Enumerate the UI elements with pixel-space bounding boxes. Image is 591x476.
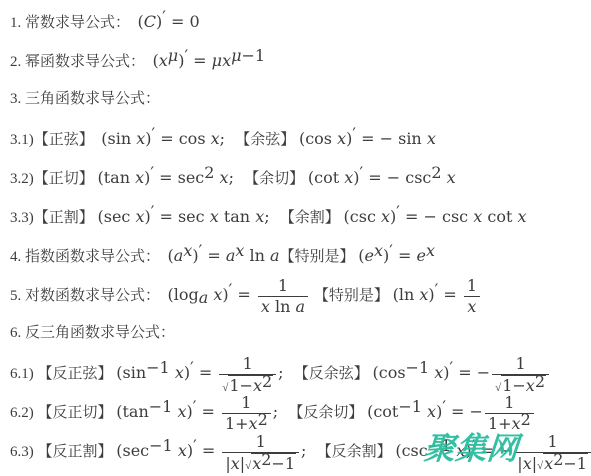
math-text: 1 xyxy=(278,276,288,295)
fraction-numerator: 1 xyxy=(258,276,308,296)
formula-line-secant-cosecant-rule: 3.3)【正割】 (sec x)′ = sec x tan x; 【余割】 (c… xyxy=(10,197,591,236)
math-text: ′ xyxy=(151,202,155,221)
superscript: −1 xyxy=(406,366,430,376)
fraction-denominator: x xyxy=(464,296,480,317)
math-text: = cos xyxy=(155,129,210,148)
fraction-denominator: x ln a xyxy=(258,296,308,317)
math-text: (cos xyxy=(299,129,337,148)
math-text: = sec xyxy=(154,168,204,187)
math-text: −1 xyxy=(406,358,430,377)
math-text: ln xyxy=(270,297,296,316)
math-text: x xyxy=(135,168,144,187)
label-text: 【反余切】 xyxy=(288,405,367,421)
superscript: ′ xyxy=(190,366,194,376)
math-text: x xyxy=(447,168,456,187)
math-text: a xyxy=(174,246,184,265)
fraction: 11+x2 xyxy=(222,393,271,434)
math-text: = xyxy=(232,285,256,304)
math-text: a xyxy=(296,297,306,316)
fraction: 1|x|√x2−1 xyxy=(514,432,591,474)
math-text: 2 xyxy=(521,410,531,429)
label-text: 【特别是】 xyxy=(280,249,359,265)
superscript: ′ xyxy=(184,54,188,64)
derivative-formula-document: 1. 常数求导公式： (C)′ = 02. 幂函数求导公式： (xμ)′ = μ… xyxy=(0,0,591,476)
label-text: 3.3)【正割】 xyxy=(10,210,98,226)
superscript: μ−1 xyxy=(231,54,265,64)
superscript: −1 xyxy=(398,405,422,415)
superscript: −1 xyxy=(146,366,170,376)
math-text: μ xyxy=(231,46,241,65)
math-text: −1 xyxy=(149,397,173,416)
superscript: ′ xyxy=(193,405,197,415)
math-text: ′ xyxy=(193,436,197,455)
superscript: 2 xyxy=(553,460,563,467)
math-text: e xyxy=(365,246,374,265)
math-text: a xyxy=(199,288,209,307)
superscript: ′ xyxy=(151,210,155,220)
math-text: 2 xyxy=(262,372,272,391)
math-text: x xyxy=(337,129,346,148)
fraction: 1√1−x2 xyxy=(492,354,549,396)
formula-lines: 1. 常数求导公式： (C)′ = 02. 幂函数求导公式： (xμ)′ = μ… xyxy=(10,2,591,470)
math-text: ln xyxy=(244,246,270,265)
math-text: ′ xyxy=(193,397,197,416)
label-text: 5. 对数函数求导公式： xyxy=(10,288,168,304)
math-text: 2 xyxy=(535,372,545,391)
math-text: C xyxy=(144,12,156,31)
math-text: ′ xyxy=(184,46,188,65)
math-text: ; xyxy=(273,402,289,421)
math-text: (cot xyxy=(308,168,344,187)
math-text: x xyxy=(473,207,482,226)
formula-line-inverse-trig-header: 6. 反三角函数求导公式： xyxy=(10,314,591,353)
math-text: (tan xyxy=(116,402,149,421)
math-text: ; xyxy=(278,363,294,382)
math-text: x xyxy=(252,454,261,473)
math-text: 1 xyxy=(256,432,266,451)
math-text: = xyxy=(393,246,417,265)
superscript: ′ xyxy=(396,210,400,220)
label-text: 3.2)【正切】 xyxy=(10,171,98,187)
math-text: ′ xyxy=(199,241,203,260)
fraction: 1x xyxy=(464,276,480,317)
fraction-numerator: 1 xyxy=(492,354,549,374)
radicand: x2−1 xyxy=(251,453,296,474)
radicand: x2−1 xyxy=(543,453,588,474)
label-text: 6.2) 【反正切】 xyxy=(10,405,116,421)
superscript: ′ xyxy=(442,405,446,415)
math-text: x xyxy=(427,129,436,148)
formula-line-tangent-cotangent-rule: 3.2)【正切】 (tan x)′ = sec2 x; 【余切】 (cot x)… xyxy=(10,158,591,197)
label-text: 【反余割】 xyxy=(317,444,396,460)
math-text: = − csc xyxy=(400,207,473,226)
math-text: 2 xyxy=(431,163,441,182)
math-text: x xyxy=(523,454,532,473)
superscript: ′ xyxy=(435,288,439,298)
math-text: (sec xyxy=(116,441,149,460)
math-text: (tan xyxy=(98,168,136,187)
math-text: x xyxy=(426,241,435,260)
math-text: x xyxy=(220,168,229,187)
formula-line-logarithm-rule: 5. 对数函数求导公式： (loga x)′ = 1x ln a 【特别是】 (… xyxy=(10,275,591,314)
superscript: ′ xyxy=(352,132,356,142)
square-root: √x2−1 xyxy=(245,453,296,474)
math-text: x xyxy=(517,207,526,226)
math-text: e xyxy=(417,246,426,265)
label-text: 3.1)【正弦】 xyxy=(10,132,101,148)
superscript: ′ xyxy=(162,15,166,25)
label-text: 4. 指数函数求导公式： xyxy=(10,249,168,265)
math-text: μx xyxy=(212,51,231,70)
superscript: −1 xyxy=(149,405,173,415)
formula-line-arcsine-arccosine-rule: 6.1) 【反正弦】 (sin−1 x)′ = 1√1−x2; 【反余弦】 (c… xyxy=(10,353,591,392)
math-text: = − sin xyxy=(356,129,427,148)
fraction-numerator: 1 xyxy=(464,276,480,296)
math-text: = − xyxy=(453,363,490,382)
superscript: x xyxy=(426,249,435,259)
math-text: x xyxy=(135,207,144,226)
math-text: (ln xyxy=(393,285,420,304)
math-text: ′ xyxy=(442,397,446,416)
superscript: ′ xyxy=(199,249,203,259)
math-text: (sin xyxy=(101,129,136,148)
math-text: (sin xyxy=(116,363,146,382)
math-text: x xyxy=(427,402,436,421)
math-text: ′ xyxy=(352,124,356,143)
math-text: x xyxy=(178,441,187,460)
math-text: ′ xyxy=(190,358,194,377)
math-text: x xyxy=(381,207,390,226)
math-text: = − csc xyxy=(363,168,431,187)
superscript: ′ xyxy=(389,249,393,259)
math-text: 1 xyxy=(548,432,558,451)
math-text: x xyxy=(467,297,476,316)
fraction-denominator: |x|√x2−1 xyxy=(514,452,591,474)
math-text: ′ xyxy=(396,202,400,221)
math-text: ′ xyxy=(162,7,166,26)
superscript: x xyxy=(183,249,192,259)
math-text: ′ xyxy=(389,241,393,260)
subscript: a xyxy=(199,296,209,306)
superscript: ′ xyxy=(360,171,364,181)
math-text: 2 xyxy=(204,163,214,182)
formula-line-arctangent-arccotangent-rule: 6.2) 【反正切】 (tan−1 x)′ = 11+x2; 【反余切】 (co… xyxy=(10,392,591,431)
formula-line-power-rule: 2. 幂函数求导公式： (xμ)′ = μxμ−1 xyxy=(10,41,591,80)
math-text: = xyxy=(202,246,226,265)
label-text: 【余切】 xyxy=(244,171,308,187)
superscript: ′ xyxy=(150,171,154,181)
math-text: 1 xyxy=(515,354,525,373)
math-text: x xyxy=(544,454,553,473)
math-text: ; xyxy=(264,207,280,226)
label-text: 3. 三角函数求导公式： xyxy=(10,91,160,107)
label-text: 【反余弦】 xyxy=(294,366,373,382)
math-text: x xyxy=(231,454,240,473)
math-text: 1 xyxy=(241,393,251,412)
math-text: x xyxy=(175,363,184,382)
math-text: ′ xyxy=(360,163,364,182)
math-text: ′ xyxy=(450,358,454,377)
math-text: −1 xyxy=(398,397,422,416)
label-text: 1. 常数求导公式： xyxy=(10,15,138,31)
math-text: ; xyxy=(220,129,236,148)
math-text: x xyxy=(211,129,220,148)
label-text: 【余弦】 xyxy=(235,132,299,148)
fraction: 1|x|√x2−1 xyxy=(222,432,299,474)
math-text: = xyxy=(197,441,221,460)
superscript: 2 xyxy=(204,171,214,181)
formula-line-trig-header: 3. 三角函数求导公式： xyxy=(10,80,591,119)
superscript: ′ xyxy=(152,132,156,142)
superscript: ′ xyxy=(193,444,197,454)
math-text: 2 xyxy=(261,450,271,469)
math-text: ; xyxy=(301,441,317,460)
superscript: −1 xyxy=(149,444,173,454)
superscript: 2 xyxy=(262,382,272,389)
math-text: ′ xyxy=(229,280,233,299)
label-text: 【特别是】 xyxy=(310,288,393,304)
math-text: x xyxy=(136,129,145,148)
math-text: ′ xyxy=(435,280,439,299)
math-text: 1 xyxy=(467,276,477,295)
math-text: cot xyxy=(482,207,517,226)
fraction: 1x ln a xyxy=(258,276,308,317)
fraction-numerator: 1 xyxy=(514,432,591,452)
superscript: 2 xyxy=(521,420,531,427)
math-text: 1 xyxy=(504,393,514,412)
label-text: 6. 反三角函数求导公式： xyxy=(10,325,175,341)
math-text: = sec xyxy=(154,207,209,226)
superscript: x xyxy=(235,249,244,259)
math-text: ′ xyxy=(150,163,154,182)
superscript: 2 xyxy=(431,171,441,181)
superscript: ′ xyxy=(450,366,454,376)
math-text: x xyxy=(344,168,353,187)
label-text: 6.1) 【反正弦】 xyxy=(10,366,116,382)
math-text: −1 xyxy=(149,436,173,455)
math-text: = xyxy=(194,363,218,382)
math-text: x xyxy=(374,241,383,260)
fraction: 1√1−x2 xyxy=(219,354,276,396)
math-text: a xyxy=(270,246,280,265)
formula-line-sine-cosine-rule: 3.1)【正弦】 (sin x)′ = cos x; 【余弦】 (cos x)′… xyxy=(10,119,591,158)
math-text: tan xyxy=(219,207,255,226)
fraction: 11+x2 xyxy=(485,393,534,434)
math-text: x xyxy=(210,207,219,226)
superscript: ′ xyxy=(229,288,233,298)
site-watermark: 聚集网 xyxy=(423,433,520,464)
math-text: μ xyxy=(168,46,178,65)
math-text: (cot xyxy=(367,402,398,421)
math-text: = xyxy=(188,51,212,70)
math-text: = − xyxy=(446,402,483,421)
math-text: (csc xyxy=(344,207,381,226)
superscript: 2 xyxy=(261,460,271,467)
fraction-denominator: |x|√x2−1 xyxy=(222,452,299,474)
label-text: 6.3) 【反正割】 xyxy=(10,444,116,460)
formula-line-exponential-rule: 4. 指数函数求导公式： (ax)′ = ax ln a【特别是】 (ex)′ … xyxy=(10,236,591,275)
math-text: (sec xyxy=(98,207,136,226)
math-text: = xyxy=(438,285,462,304)
math-text: a xyxy=(226,246,236,265)
math-text: 1 xyxy=(243,354,253,373)
math-text: (cos xyxy=(373,363,406,382)
superscript: x xyxy=(374,249,383,259)
square-root: √x2−1 xyxy=(537,453,588,474)
math-text: = 0 xyxy=(166,12,200,31)
math-text: x xyxy=(261,297,270,316)
formula-line-constant-rule: 1. 常数求导公式： (C)′ = 0 xyxy=(10,2,591,41)
superscript: 2 xyxy=(535,382,545,389)
math-text: x xyxy=(419,285,428,304)
math-text: x xyxy=(255,207,264,226)
fraction-numerator: 1 xyxy=(219,354,276,374)
math-text: (log xyxy=(168,285,199,304)
math-text: 2 xyxy=(553,450,563,469)
math-text: −1 xyxy=(146,358,170,377)
math-text: x xyxy=(235,241,244,260)
math-text: = xyxy=(196,402,220,421)
math-text: 2 xyxy=(258,410,268,429)
math-text: −1 xyxy=(242,46,266,65)
math-text: −1 xyxy=(563,454,587,473)
math-text: ′ xyxy=(152,124,156,143)
math-text: x xyxy=(183,241,192,260)
math-text: x xyxy=(434,363,443,382)
fraction-numerator: 1 xyxy=(222,432,299,452)
superscript: 2 xyxy=(258,420,268,427)
math-text: x xyxy=(159,51,168,70)
label-text: 【余割】 xyxy=(280,210,344,226)
label-text: 2. 幂函数求导公式： xyxy=(10,54,153,70)
superscript: μ xyxy=(168,54,178,64)
math-text: ; xyxy=(229,168,245,187)
math-text: −1 xyxy=(271,454,295,473)
